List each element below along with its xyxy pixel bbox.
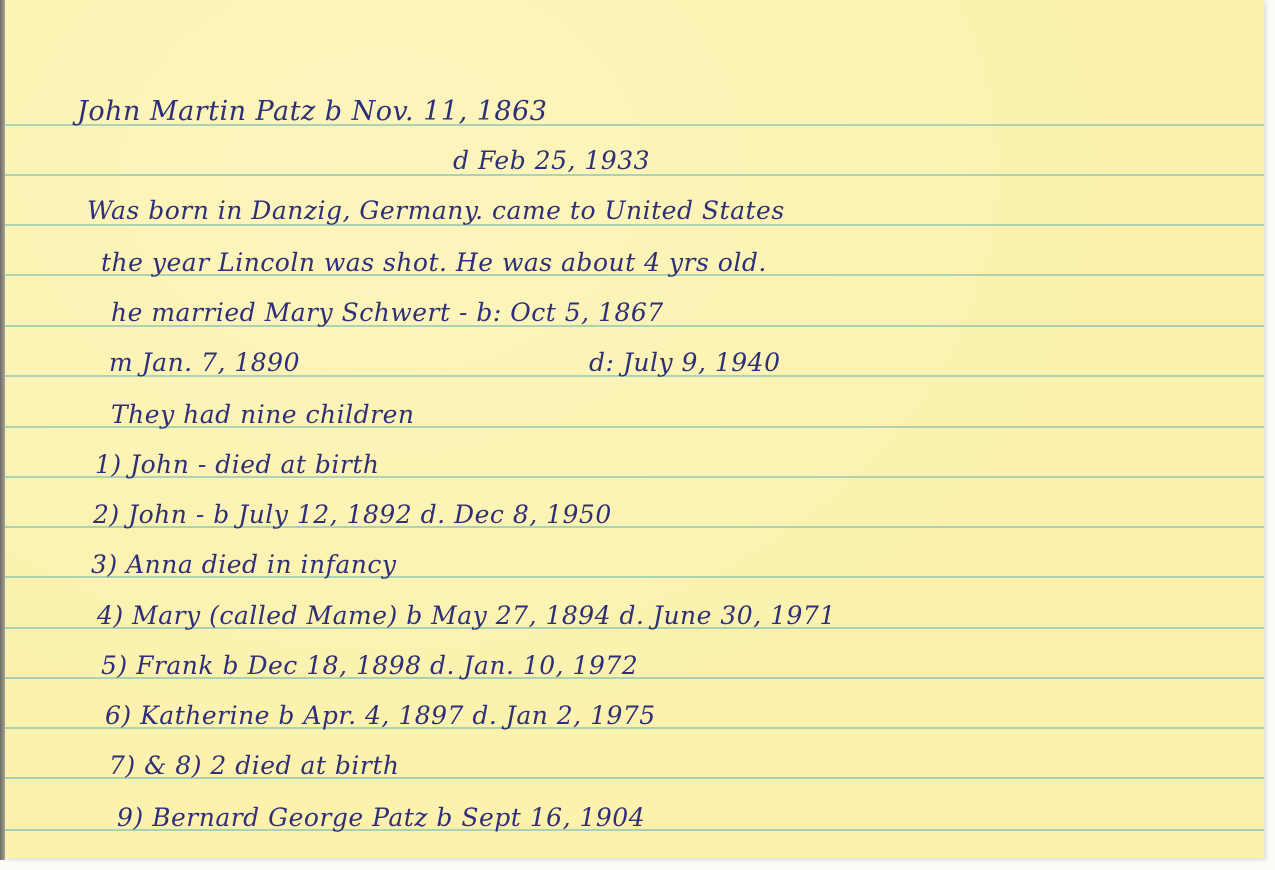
- biography-line-2: the year Lincoln was shot. He was about …: [101, 250, 767, 275]
- child-entry-5: 5) Frank b Dec 18, 1898 d. Jan. 10, 1972: [101, 653, 638, 678]
- child-entry-7-8: 7) & 8) 2 died at birth: [109, 753, 400, 778]
- legal-pad-sheet: John Martin Patz b Nov. 11, 1863 d Feb 2…: [5, 0, 1264, 858]
- child-entry-1: 1) John - died at birth: [95, 452, 379, 477]
- child-entry-4: 4) Mary (called Mame) b May 27, 1894 d. …: [97, 603, 836, 628]
- scanned-page: John Martin Patz b Nov. 11, 1863 d Feb 2…: [0, 0, 1275, 870]
- children-intro: They had nine children: [111, 402, 414, 427]
- child-entry-2: 2) John - b July 12, 1892 d. Dec 8, 1950: [93, 502, 612, 527]
- wife-death-date: d: July 9, 1940: [589, 350, 780, 375]
- header-death-line: d Feb 25, 1933: [453, 148, 650, 173]
- biography-line-1: Was born in Danzig, Germany. came to Uni…: [87, 198, 785, 223]
- header-name-line: John Martin Patz b Nov. 11, 1863: [77, 98, 547, 125]
- child-entry-9: 9) Bernard George Patz b Sept 16, 1904: [117, 805, 645, 830]
- child-entry-6: 6) Katherine b Apr. 4, 1897 d. Jan 2, 19…: [105, 703, 656, 728]
- biography-line-3: he married Mary Schwert - b: Oct 5, 1867: [111, 300, 664, 325]
- child-entry-3: 3) Anna died in infancy: [91, 552, 396, 577]
- marriage-date: m Jan. 7, 1890: [109, 350, 300, 375]
